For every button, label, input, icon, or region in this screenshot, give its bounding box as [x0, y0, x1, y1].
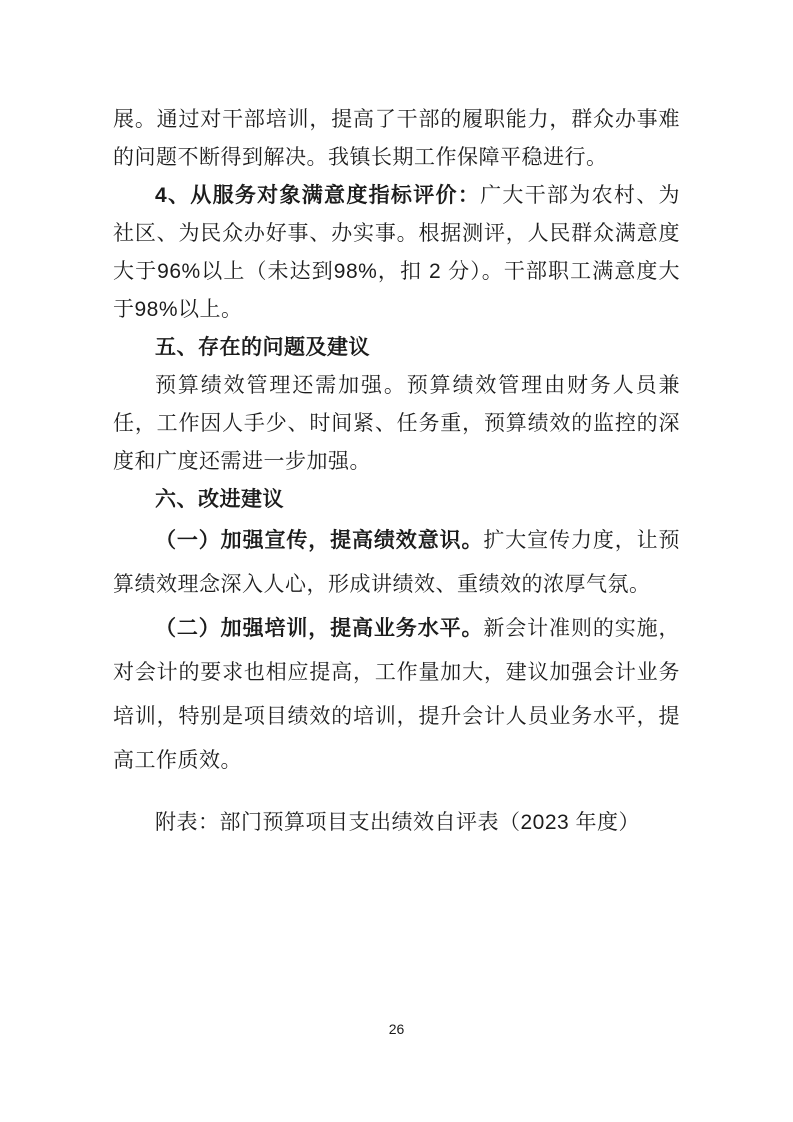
paragraph-suggestion1: （一）加强宣传，提高绩效意识。扩大宣传力度，让预算绩效理念深入人心，形成讲绩效、… — [113, 519, 680, 607]
suggestion2-body-text: 新会计准则的实施，对会计的要求也相应提高，工作量加大，建议加强会计业务培训，特别… — [113, 617, 680, 772]
paragraph-suggestion2: （二）加强培训，提高业务水平。新会计准则的实施，对会计的要求也相应提高，工作量加… — [113, 607, 680, 783]
section-heading-5: 五、存在的问题及建议 — [113, 329, 680, 367]
item4-bold-lead: 4、从服务对象满意度指标评价： — [155, 184, 480, 207]
document-body: 展。通过对干部培训，提高了干部的履职能力，群众办事难的问题不断得到解决。我镇长期… — [113, 101, 680, 845]
paragraph-item4: 4、从服务对象满意度指标评价：广大干部为农村、为社区、为民众办好事、办实事。根据… — [113, 177, 680, 329]
paragraph-section5-body: 预算绩效管理还需加强。预算绩效管理由财务人员兼任，工作因人手少、时间紧、任务重，… — [113, 367, 680, 481]
suggestion2-bold-lead: （二）加强培训，提高业务水平。 — [155, 617, 483, 640]
document-page: 展。通过对干部培训，提高了干部的履职能力，群众办事难的问题不断得到解决。我镇长期… — [0, 0, 793, 1122]
suggestion1-bold-lead: （一）加强宣传，提高绩效意识。 — [155, 529, 483, 552]
paragraph-continuation: 展。通过对干部培训，提高了干部的履职能力，群众办事难的问题不断得到解决。我镇长期… — [113, 101, 680, 177]
appendix-note: 附表：部门预算项目支出绩效自评表（2023 年度） — [113, 801, 680, 845]
section-heading-6: 六、改进建议 — [113, 481, 680, 519]
page-number: 26 — [0, 1021, 793, 1037]
